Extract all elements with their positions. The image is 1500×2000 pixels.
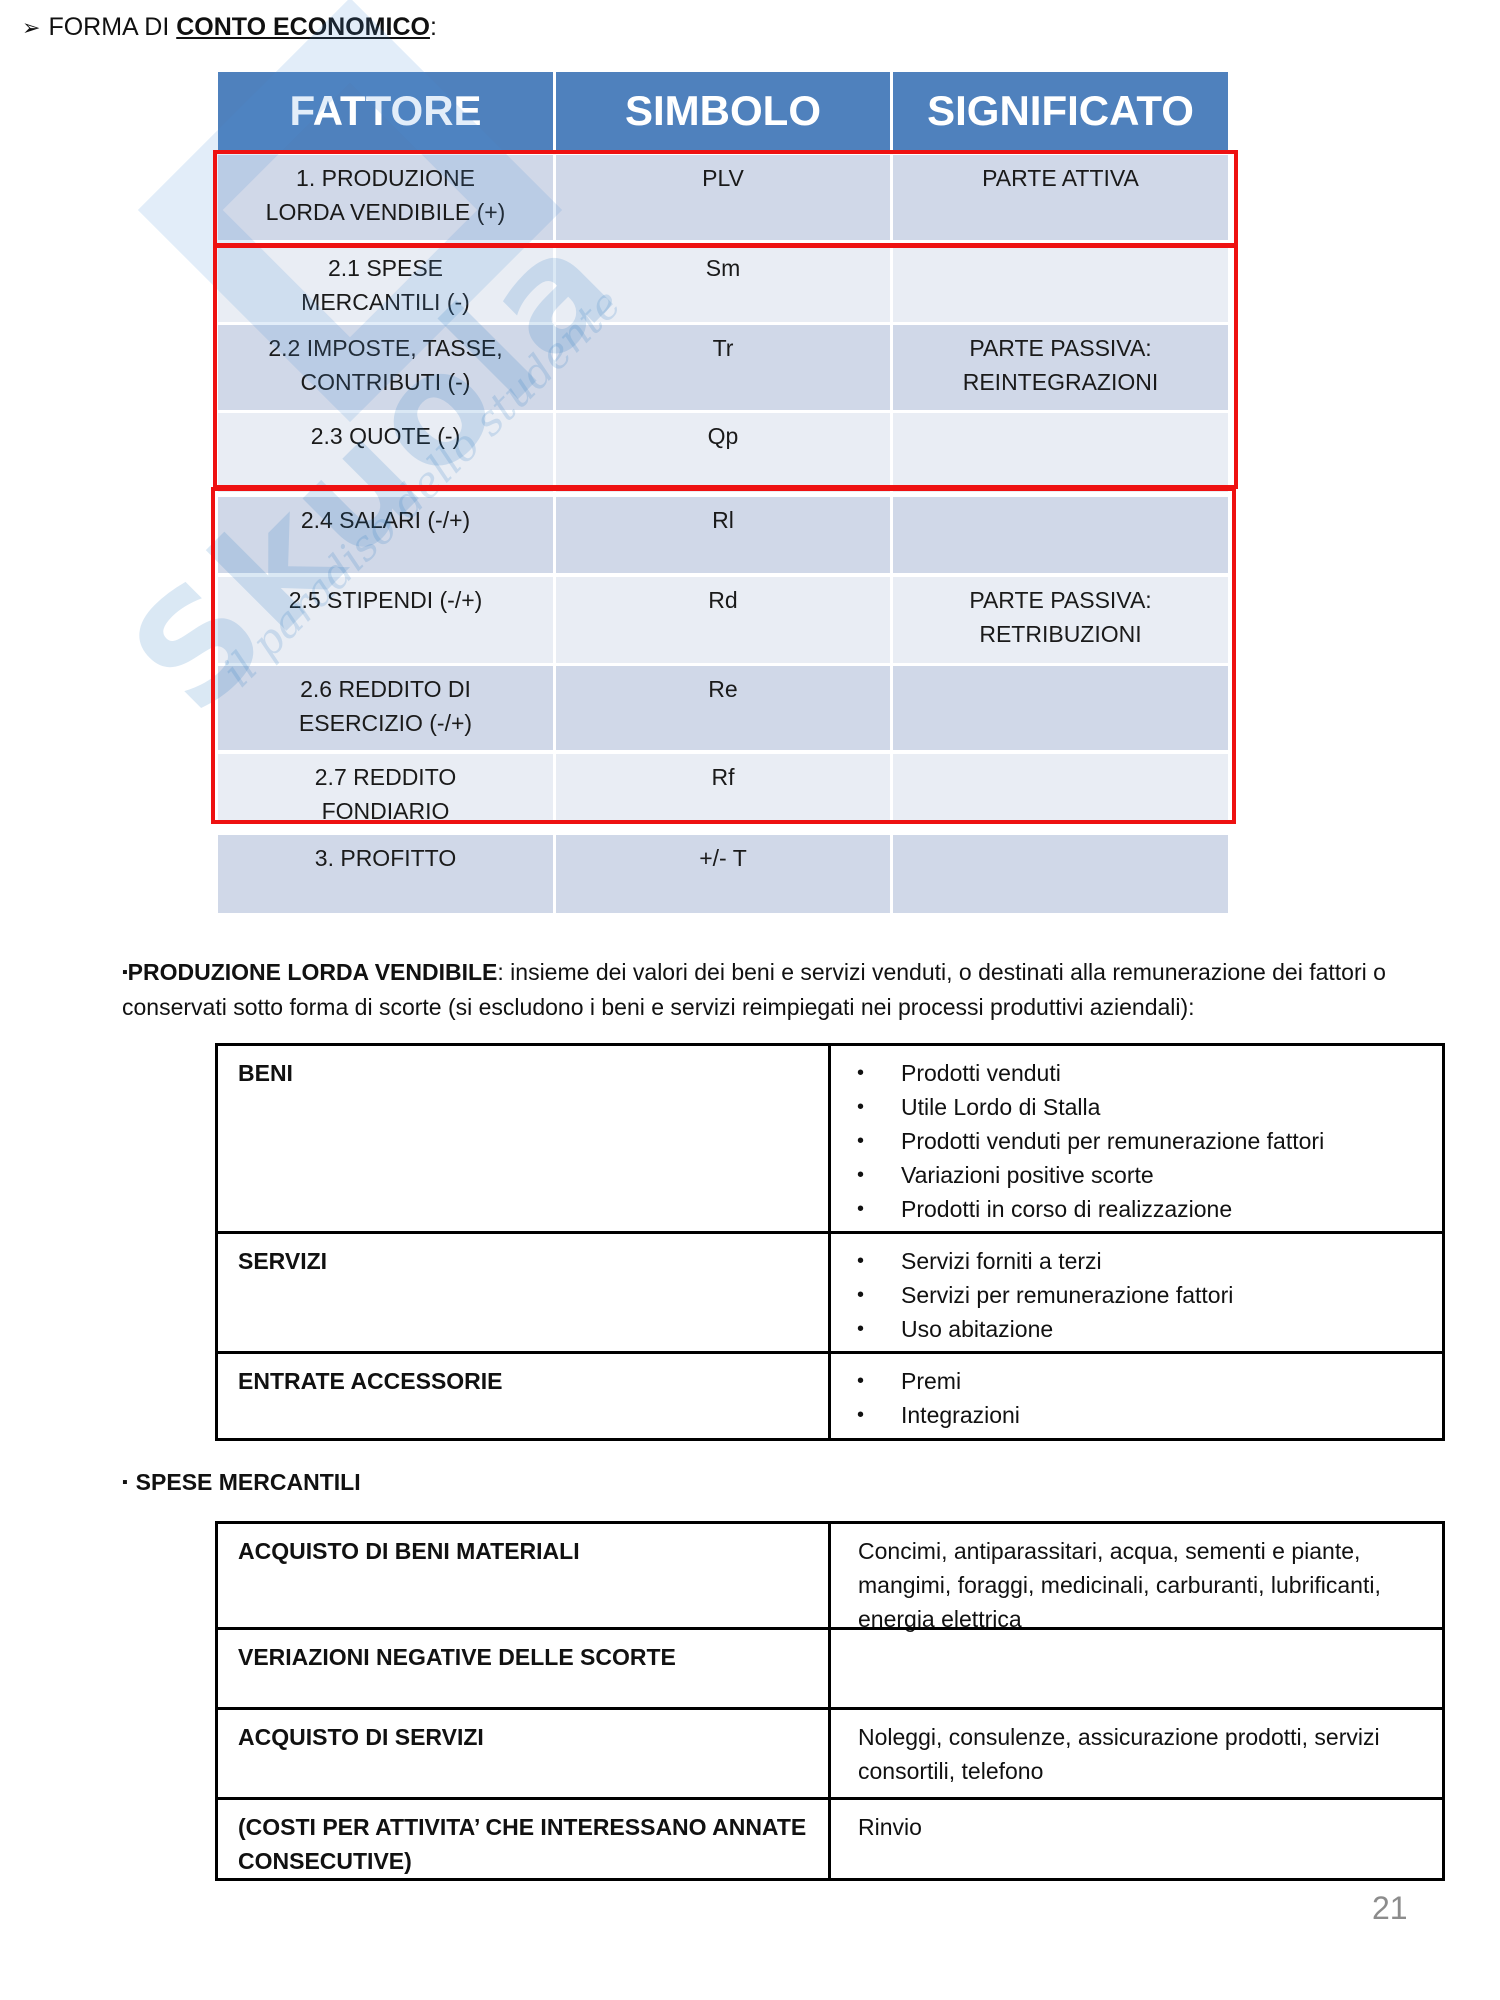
spese-mercantili-heading: ▪SPESE MERCANTILI [122,1465,361,1500]
heading-emphasis: CONTO ECONOMICO [176,13,430,41]
cell-fattore: 2.7 REDDITO FONDIARIO [218,754,553,822]
list-item: •Prodotti in corso di realizzazione [901,1192,1324,1226]
row-description: Noleggi, consulenze, assicurazione prodo… [858,1720,1433,1788]
cell-simbolo: Rf [556,754,890,822]
list-item-text: Servizi per remunerazione fattori [901,1282,1233,1308]
list-item: •Prodotti venduti [901,1056,1324,1090]
cell-simbolo: Re [556,666,890,750]
square-bullet-icon: ▪ [122,1474,128,1491]
bullet-dot-icon: • [857,1312,864,1346]
row-label: BENI [238,1056,818,1090]
heading-prefix: FORMA DI [48,13,176,41]
bullet-dot-icon: • [857,1192,864,1226]
list-item: •Servizi forniti a terzi [901,1244,1233,1278]
list-item-text: Servizi forniti a terzi [901,1248,1102,1274]
cell-significato [893,754,1228,822]
arrow-bullet-icon: ➢ [22,15,40,40]
list-item-text: Variazioni positive scorte [901,1162,1154,1188]
cell-simbolo: Sm [556,245,890,322]
bullet-list: •Premi•Integrazioni [901,1364,1020,1432]
row-items: •Servizi forniti a terzi•Servizi per rem… [901,1244,1233,1346]
cell-significato [893,245,1228,322]
table-row: 2.2 IMPOSTE, TASSE, CONTRIBUTI (-)TrPART… [218,325,1228,410]
table-row: 3. PROFITTO+/- T [218,835,1228,913]
heading-suffix: : [430,13,437,41]
column-divider [828,1524,831,1878]
row-items: •Prodotti venduti•Utile Lordo di Stalla•… [901,1056,1324,1226]
row-label: ACQUISTO DI BENI MATERIALI [238,1534,818,1568]
list-item-text: Utile Lordo di Stalla [901,1094,1100,1120]
bullet-dot-icon: • [857,1158,864,1192]
list-item-text: Prodotti venduti per remunerazione fatto… [901,1128,1324,1154]
row-label: VERIAZIONI NEGATIVE DELLE SCORTE [238,1640,818,1674]
bullet-dot-icon: • [857,1090,864,1124]
plv-term: PRODUZIONE LORDA VENDIBILE [128,959,498,985]
row-description: Rinvio [858,1810,1433,1844]
list-item: •Utile Lordo di Stalla [901,1090,1324,1124]
table-header-row: FATTORE SIMBOLO SIGNIFICATO [218,72,1228,150]
table-row: 2.4 SALARI (-/+)Rl [218,497,1228,573]
table-row: 2.7 REDDITO FONDIARIORf [218,754,1228,822]
cell-simbolo: Rl [556,497,890,573]
plv-table: BENI•Prodotti venduti•Utile Lordo di Sta… [215,1043,1445,1441]
cell-fattore: 3. PROFITTO [218,835,553,913]
cell-significato [893,835,1228,913]
section-heading: ➢FORMA DI CONTO ECONOMICO: [22,12,437,43]
bullet-dot-icon: • [857,1056,864,1090]
cell-fattore: 2.2 IMPOSTE, TASSE, CONTRIBUTI (-) [218,325,553,410]
row-label: (COSTI PER ATTIVITA’ CHE INTERESSANO ANN… [238,1810,818,1878]
bullet-list: •Prodotti venduti•Utile Lordo di Stalla•… [901,1056,1324,1226]
table-row: 2.6 REDDITO DI ESERCIZIO (-/+)Re [218,666,1228,750]
cell-significato [893,666,1228,750]
list-item: •Servizi per remunerazione fattori [901,1278,1233,1312]
header-fattore: FATTORE [218,72,553,150]
cell-simbolo: Qp [556,413,890,492]
cell-significato: PARTE ATTIVA [893,155,1228,240]
list-item: •Prodotti venduti per remunerazione fatt… [901,1124,1324,1158]
cell-simbolo: +/- T [556,835,890,913]
row-label: ENTRATE ACCESSORIE [238,1364,818,1398]
bullet-list: •Servizi forniti a terzi•Servizi per rem… [901,1244,1233,1346]
cell-fattore: 2.3 QUOTE (-) [218,413,553,492]
cell-simbolo: Tr [556,325,890,410]
cell-fattore: 2.1 SPESE MERCANTILI (-) [218,245,553,322]
row-label: SERVIZI [238,1244,818,1278]
header-significato: SIGNIFICATO [893,72,1228,150]
cell-simbolo: Rd [556,577,890,663]
list-item: •Uso abitazione [901,1312,1233,1346]
table-row: 1. PRODUZIONE LORDA VENDIBILE (+)PLVPART… [218,155,1228,240]
header-simbolo: SIMBOLO [556,72,890,150]
list-item: •Variazioni positive scorte [901,1158,1324,1192]
spese-heading-text: SPESE MERCANTILI [136,1469,361,1495]
list-item-text: Premi [901,1368,961,1394]
table-row: 2.3 QUOTE (-)Qp [218,413,1228,492]
bullet-dot-icon: • [857,1244,864,1278]
list-item-text: Prodotti in corso di realizzazione [901,1196,1232,1222]
cell-fattore: 2.5 STIPENDI (-/+) [218,577,553,663]
page-number: 21 [1372,1888,1408,1928]
table-row: 2.5 STIPENDI (-/+)RdPARTE PASSIVA: RETRI… [218,577,1228,663]
cell-significato [893,497,1228,573]
list-item-text: Uso abitazione [901,1316,1053,1342]
bullet-dot-icon: • [857,1398,864,1432]
cell-significato: PARTE PASSIVA: RETRIBUZIONI [893,577,1228,663]
bullet-dot-icon: • [857,1278,864,1312]
plv-definition-paragraph: ▪PRODUZIONE LORDA VENDIBILE: insieme dei… [122,955,1497,1024]
row-items: •Premi•Integrazioni [901,1364,1020,1432]
cell-fattore: 1. PRODUZIONE LORDA VENDIBILE (+) [218,155,553,240]
bullet-dot-icon: • [857,1124,864,1158]
table-row: 2.1 SPESE MERCANTILI (-)Sm [218,245,1228,322]
spese-mercantili-table: ACQUISTO DI BENI MATERIALIConcimi, antip… [215,1521,1445,1881]
cell-fattore: 2.6 REDDITO DI ESERCIZIO (-/+) [218,666,553,750]
cell-significato: PARTE PASSIVA: REINTEGRAZIONI [893,325,1228,410]
list-item: •Integrazioni [901,1398,1020,1432]
cell-significato [893,413,1228,492]
list-item: •Premi [901,1364,1020,1398]
row-label: ACQUISTO DI SERVIZI [238,1720,818,1754]
list-item-text: Integrazioni [901,1402,1020,1428]
list-item-text: Prodotti venduti [901,1060,1061,1086]
cell-simbolo: PLV [556,155,890,240]
cell-fattore: 2.4 SALARI (-/+) [218,497,553,573]
column-divider [828,1046,831,1438]
row-description: Concimi, antiparassitari, acqua, sementi… [858,1534,1433,1636]
bullet-dot-icon: • [857,1364,864,1398]
